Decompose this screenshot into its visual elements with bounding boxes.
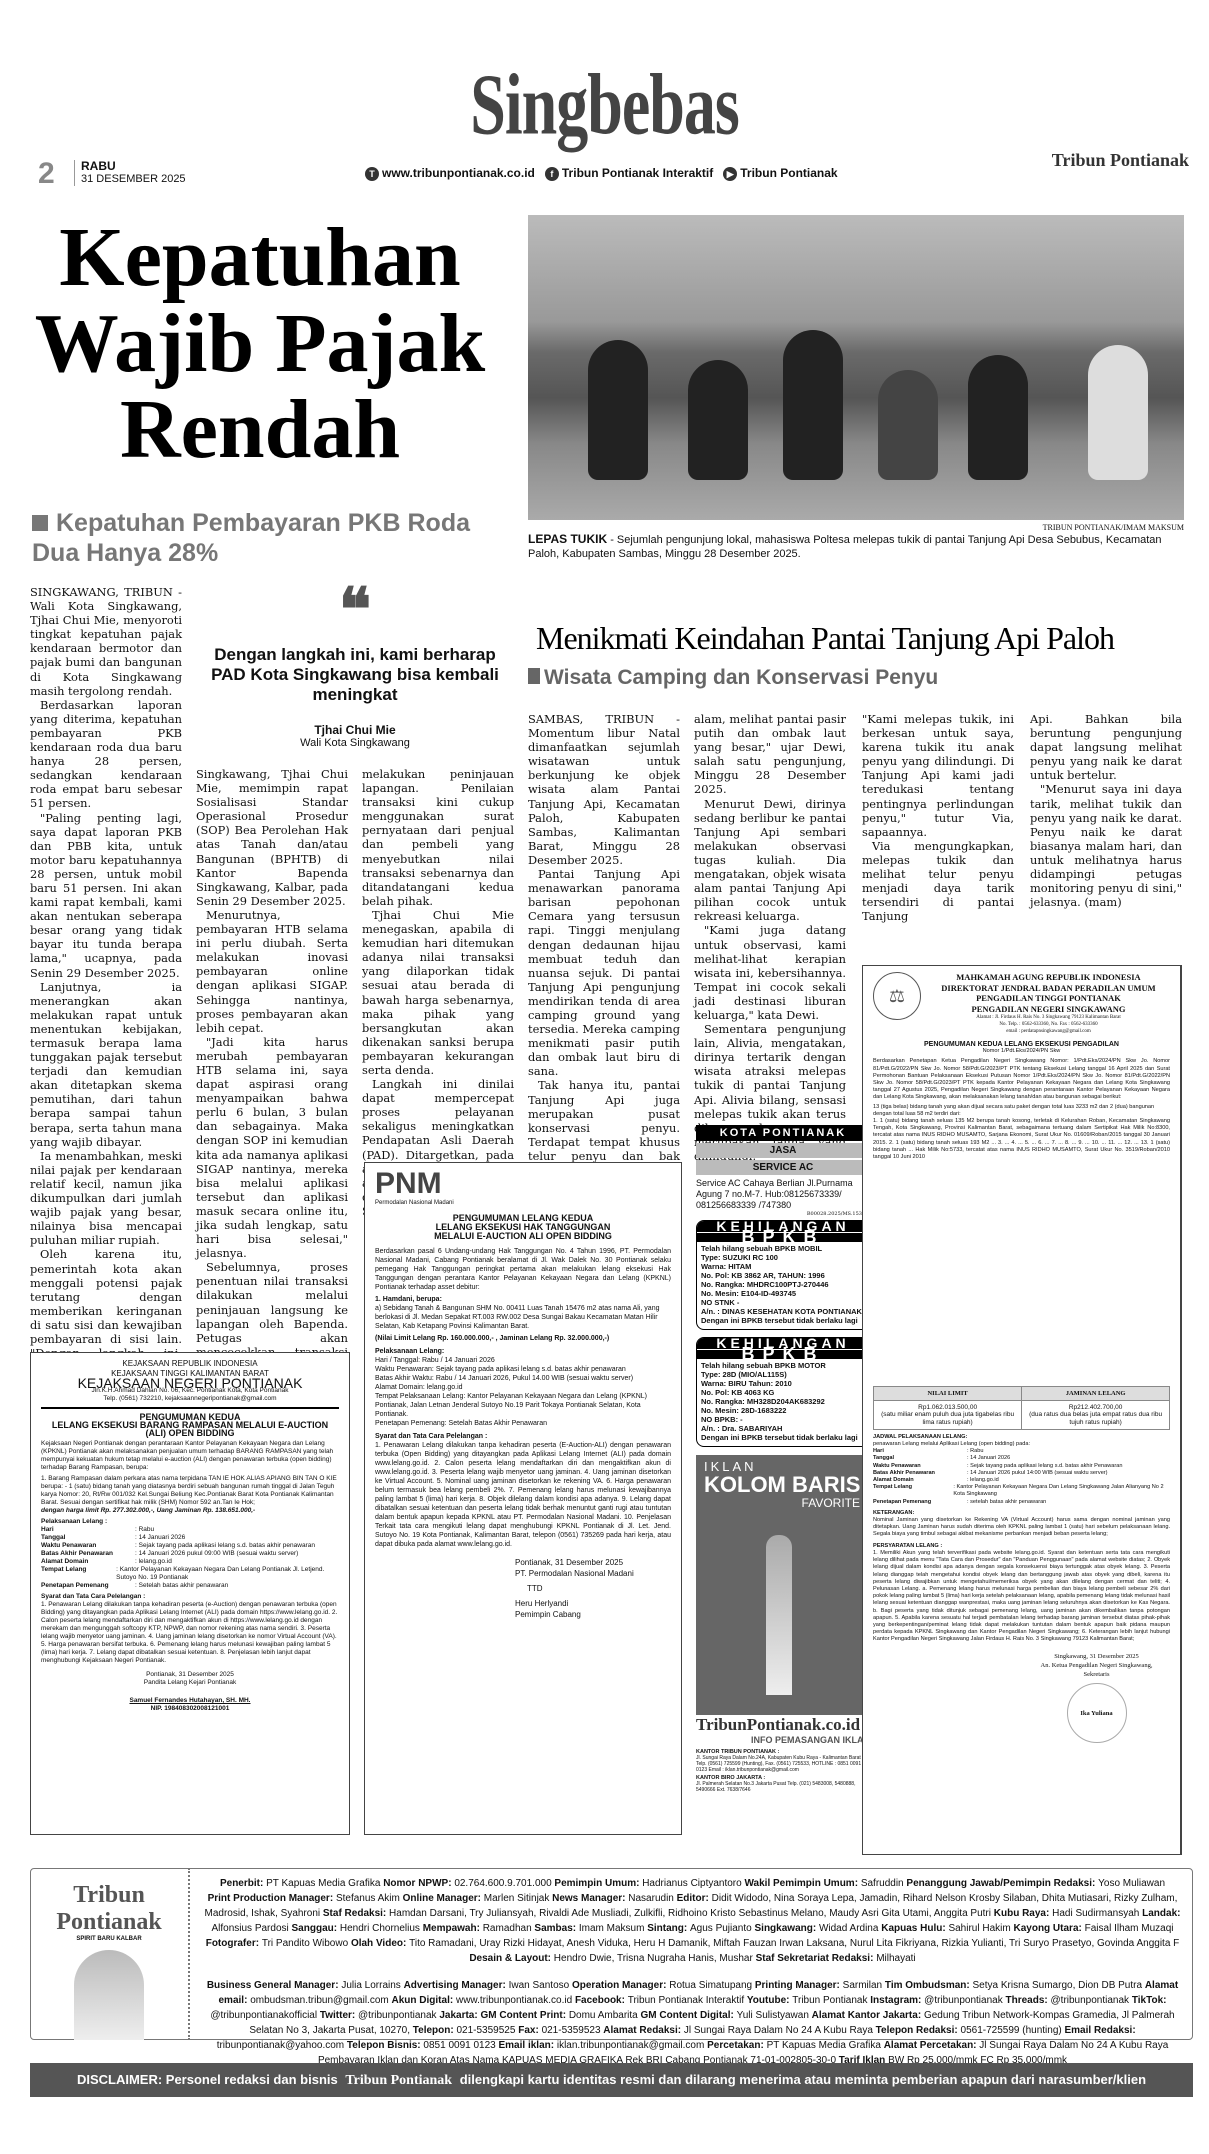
social-website[interactable]: Twww.tribunpontianak.co.id <box>365 166 535 181</box>
main-article-col3: melakukan peninjauan lapangan. Penilaian… <box>362 767 514 1218</box>
disclaimer-brand: Tribun Pontianak <box>345 2073 452 2088</box>
disclaimer-bar: DISCLAIMER: Personel redaksi dan bisnis … <box>30 2063 1193 2097</box>
imprint-text: Penerbit: PT Kapuas Media Grafika Nomor … <box>195 1876 1190 2068</box>
main-subheadline: Kepatuhan Pembayaran PKB Roda Dua Hanya … <box>32 508 522 568</box>
microphone-graphic <box>766 1535 792 1695</box>
youtube-icon: ▶ <box>723 167 737 181</box>
photo-credit: TRIBUN PONTIANAK/IMAM MAKSUM <box>528 523 1184 532</box>
emblem-icon <box>74 1950 144 2040</box>
classified-ad-service-ac: KOTA PONTIANAK JASA SERVICE AC Service A… <box>696 1125 870 1217</box>
court-stamp: Ika Yuliana <box>1067 1683 1127 1743</box>
second-article-col2: alam, melihat pantai pasir putih dan omb… <box>694 712 846 1163</box>
social-facebook[interactable]: fTribun Pontianak Interaktif <box>545 166 713 181</box>
page-number: 2 <box>38 157 55 191</box>
pnm-auction-ad: PNM Permodalan Nasional Madani PENGUMUMA… <box>364 1162 682 1835</box>
section-title: Singbebas <box>0 55 1209 155</box>
second-article-col3: "Kami melepas tukik, ini berkesan untuk … <box>862 712 1014 923</box>
social-youtube[interactable]: ▶Tribun Pontianak <box>723 166 837 181</box>
auction-value-table: NILAI LIMITJAMINAN LELANG Rp1.062.013.50… <box>873 1386 1170 1430</box>
lost-bpkb-ad-2: KEHILANGAN BPKB Telah hilang sebuah BPKB… <box>696 1337 870 1447</box>
court-seal-icon: ⚖ <box>873 972 921 1020</box>
lost-bpkb-ad-1: KEHILANGAN BPKB Telah hilang sebuah BPKB… <box>696 1220 870 1330</box>
brand-logo: Tribun Pontianak <box>1052 150 1189 171</box>
issue-date: RABU 31 DESEMBER 2025 <box>74 160 186 186</box>
kolom-baris-ad: IKLAN KOLOM BARIS FAVORITE <box>696 1455 870 1715</box>
main-article-col1: SINGKAWANG, TRIBUN - Wali Kota Singkawan… <box>30 585 182 1417</box>
iklan-info: TribunPontianak.co.id INFO PEMASANGAN IK… <box>696 1715 870 1793</box>
issue-date-text: 31 DESEMBER 2025 <box>81 173 186 185</box>
bullet-square-icon <box>528 668 540 684</box>
tribun-icon: T <box>365 167 379 181</box>
footer-logo: Tribun Pontianak SPIRIT BARU KALBAR <box>30 1868 190 2040</box>
social-links: Twww.tribunpontianak.co.id fTribun Ponti… <box>365 166 838 181</box>
photo-caption: LEPAS TUKIK - Sejumlah pengunjung lokal,… <box>528 532 1184 561</box>
issue-day: RABU <box>81 160 186 173</box>
kejaksaan-auction-ad: KEJAKSAAN REPUBLIK INDONESIA KEJAKSAAN T… <box>30 1352 350 1835</box>
main-headline: Kepatuhan Wajib Pajak Rendah <box>0 215 520 473</box>
facebook-icon: f <box>545 167 559 181</box>
second-article-col4: Api. Bahkan bila beruntung pengunjung da… <box>1030 712 1182 909</box>
mahkamah-auction-ad: ⚖ MAHKAMAH AGUNG REPUBLIK INDONESIA DIRE… <box>862 965 1182 1855</box>
quote-mark-icon: ❝ <box>195 585 515 635</box>
pnm-logo: PNM <box>375 1169 671 1199</box>
bullet-square-icon <box>32 515 48 531</box>
second-headline: Menikmati Keindahan Pantai Tanjung Api P… <box>536 620 1114 657</box>
beach-photo <box>528 215 1184 520</box>
second-subheadline: Wisata Camping dan Konservasi Penyu <box>528 666 938 690</box>
pull-quote: ❝ Dengan langkah ini, kami berharap PAD … <box>195 585 515 749</box>
